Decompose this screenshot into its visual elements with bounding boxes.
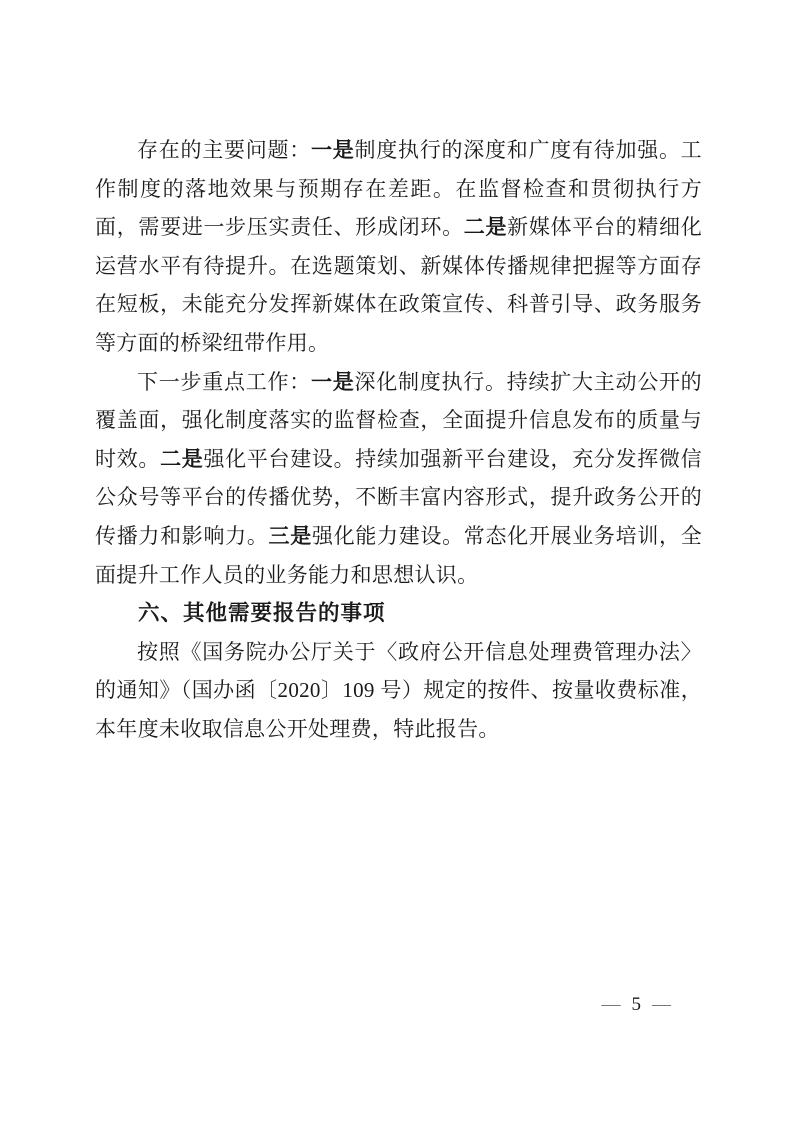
text-run: 二是 bbox=[464, 215, 507, 239]
processing-fee-paragraph: 按照《国务院办公厅关于〈政府公开信息处理费管理办法〉的通知》（国办函〔2020〕… bbox=[95, 633, 702, 749]
section-heading-other-matters: 六、其他需要报告的事项 bbox=[95, 594, 702, 633]
text-run: 按照《国务院办公厅关于〈政府公开信息处理费管理办法〉的通知》（国办函〔2020〕… bbox=[95, 640, 702, 741]
page-number-value: 5 bbox=[632, 993, 642, 1017]
page-number-dash-left: — bbox=[602, 993, 621, 1017]
text-run: 二是 bbox=[160, 447, 203, 471]
document-page: 存在的主要问题：一是制度执行的深度和广度有待加强。工作制度的落地效果与预期存在差… bbox=[0, 0, 793, 1122]
page-number-dash-right: — bbox=[652, 993, 671, 1017]
text-run: 一是 bbox=[311, 370, 355, 394]
text-run: 下一步重点工作： bbox=[137, 370, 311, 394]
page-number: — 5 — bbox=[602, 993, 672, 1017]
text-run: 存在的主要问题： bbox=[137, 138, 311, 162]
text-run: 六、其他需要报告的事项 bbox=[138, 601, 386, 625]
text-run: 一是 bbox=[311, 138, 355, 162]
next-steps-paragraph: 下一步重点工作：一是深化制度执行。持续扩大主动公开的覆盖面，强化制度落实的监督检… bbox=[95, 363, 702, 595]
text-run: 三是 bbox=[269, 524, 312, 548]
document-body: 存在的主要问题：一是制度执行的深度和广度有待加强。工作制度的落地效果与预期存在差… bbox=[95, 131, 702, 749]
problems-paragraph: 存在的主要问题：一是制度执行的深度和广度有待加强。工作制度的落地效果与预期存在差… bbox=[95, 131, 702, 363]
